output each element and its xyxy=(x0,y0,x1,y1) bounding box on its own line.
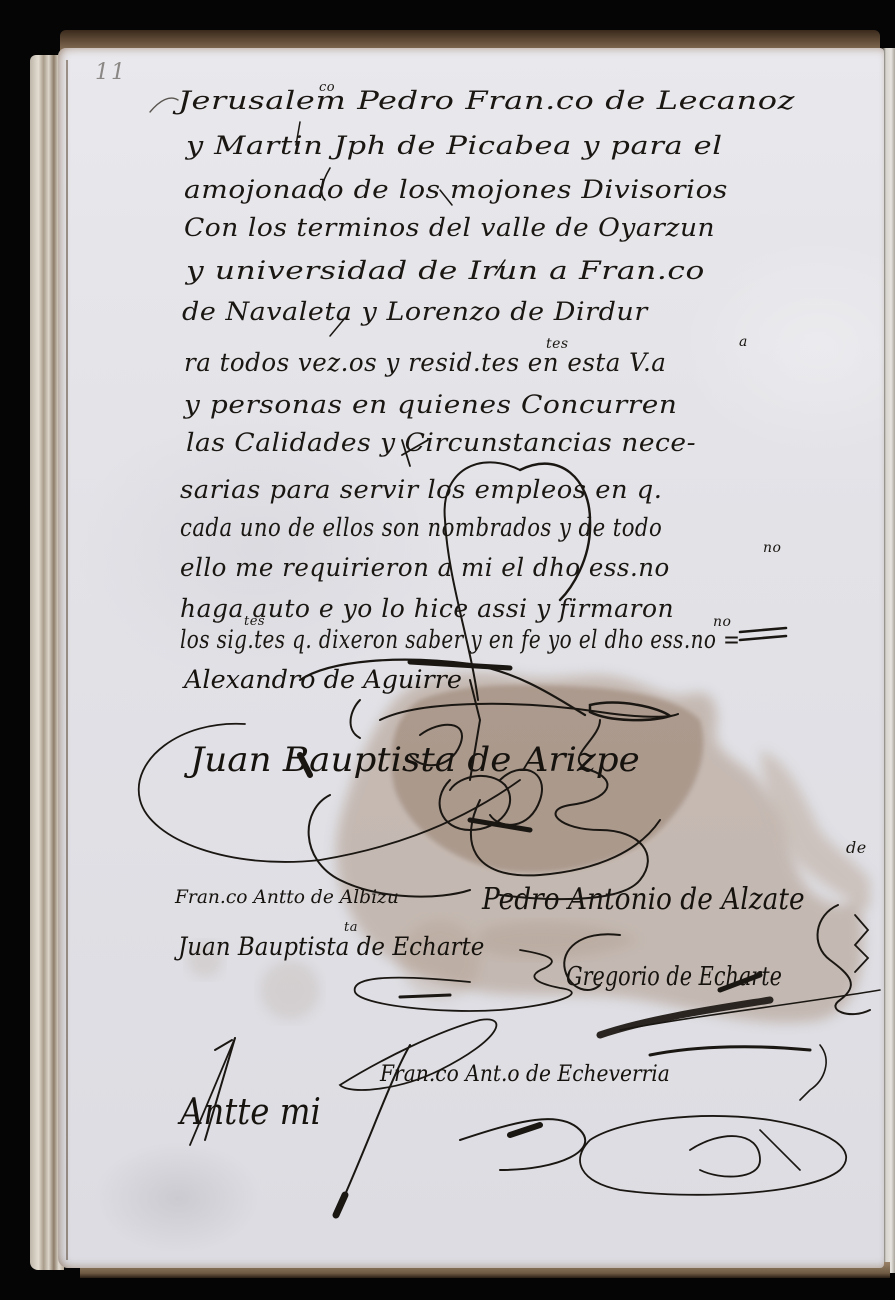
manuscript-line-9: las Calidades y Circunstancias nece- xyxy=(186,428,696,457)
superscript: tes xyxy=(546,336,569,352)
signature-gregorio-echarte: Gregorio de Echarte xyxy=(566,962,782,992)
manuscript-line-7: ra todos vez.os y resid.tes en esta V.a xyxy=(184,348,666,377)
manuscript-line-6: de Navaleta y Lorenzo de Dirdur xyxy=(182,297,648,326)
superscript: co xyxy=(319,80,335,95)
page-fold-line xyxy=(66,60,68,1260)
manuscript-line-2: y Martin Jph de Picabea y para el xyxy=(186,131,723,160)
folio-number: 11 xyxy=(95,60,127,85)
signature-notary: Fran.co Ant.o de Echeverria xyxy=(380,1062,670,1087)
manuscript-line-11: cada uno de ellos son nombrados y de tod… xyxy=(180,513,662,542)
manuscript-line-8: y personas en quienes Concurren xyxy=(184,390,677,419)
manuscript-line-1: Jerusalem Pedro Fran.co de Lecanoz xyxy=(178,86,795,115)
manuscript-line-3: amojonado de los mojones Divisorios xyxy=(184,175,728,204)
superscript: ta xyxy=(344,920,358,935)
signature-alexandro-de-aguirre: Alexandro de Aguirre xyxy=(184,665,462,694)
manuscript-line-10: sarias para servir los empleos en q. xyxy=(180,475,662,504)
manuscript-line-12: ello me requirieron a mi el dho ess.no xyxy=(180,553,670,582)
signature-juan-bauptista-echarte: Juan Bauptista de Echarte xyxy=(178,932,484,961)
manuscript-line-14: los sig.tes q. dixeron saber y en fe yo … xyxy=(180,625,740,654)
signature-juan-bauptista-arizpe: Juan Bauptista de Arizpe xyxy=(190,740,640,780)
manuscript-line-5: y universidad de Irun a Fran.co xyxy=(186,256,705,285)
superscript: tes xyxy=(244,614,265,629)
manuscript-line-4: Con los terminos del valle de Oyarzun xyxy=(184,213,715,242)
superscript: de xyxy=(846,838,867,857)
notary-attestation-antte-mi: Antte mi xyxy=(180,1092,321,1133)
superscript: no xyxy=(713,614,731,630)
superscript: a xyxy=(739,334,748,350)
signature-francisco-antonio-albizu: Fran.co Antto de Albizu xyxy=(175,886,399,908)
signature-pedro-antonio-alzate: Pedro Antonio de Alzate xyxy=(482,882,805,917)
superscript: no xyxy=(763,540,781,556)
